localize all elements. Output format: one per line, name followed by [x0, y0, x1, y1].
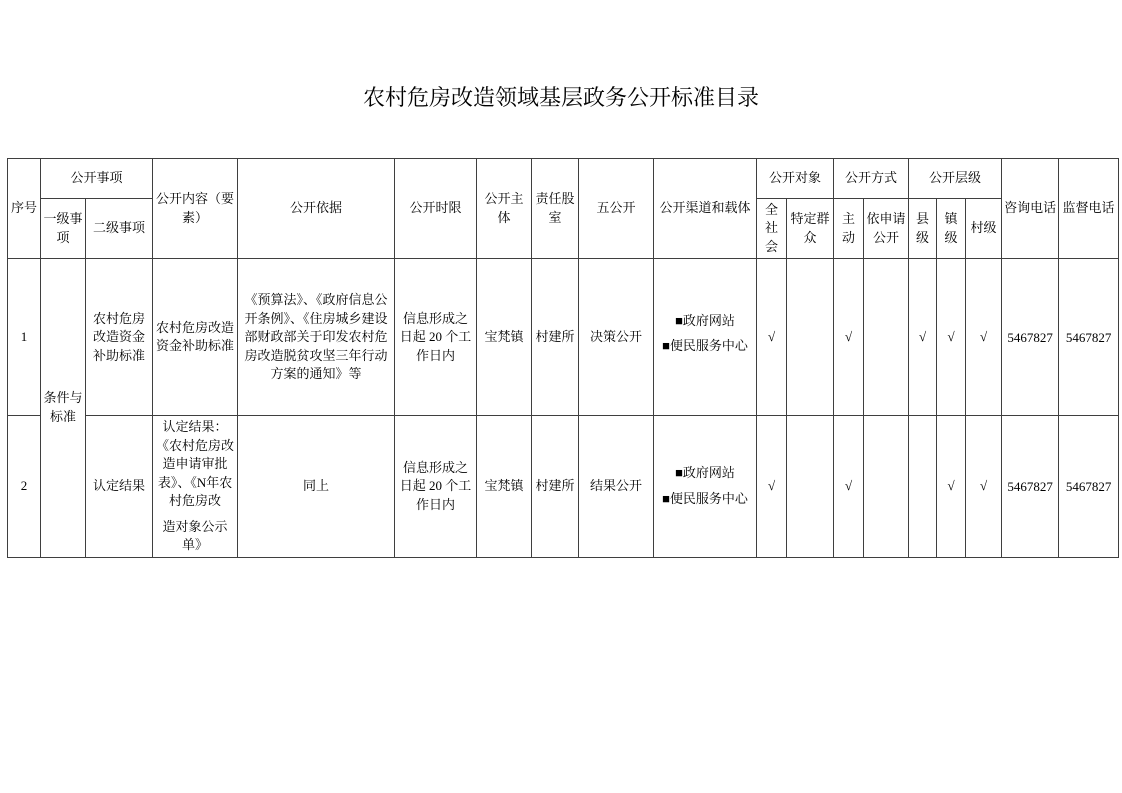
col-header-method-active: 主动 — [834, 199, 864, 259]
col-header-audience-group: 公开对象 — [757, 159, 834, 199]
r1-phone-consult: 5467827 — [1002, 259, 1059, 416]
r1-time-limit: 信息形成之日起 20 个工作日内 — [395, 259, 477, 416]
r2-check-level-town: √ — [937, 416, 966, 557]
r1-channel-item: ■便民服务中心 — [656, 337, 754, 355]
col-header-items-group: 公开事项 — [41, 159, 153, 199]
r2-phone-supervise: 5467827 — [1059, 416, 1119, 557]
disclosure-standard-table: 序号 公开事项 公开内容（要素） 公开依据 公开时限 公开主体 责任股室 五公开… — [7, 158, 1119, 558]
table-row: 2 认定结果 认定结果：《农村危房改造申请审批表》、《N年农村危房改 造对象公示… — [8, 416, 1119, 557]
r2-channel-item: ■便民服务中心 — [656, 490, 754, 508]
r2-content-para: 认定结果：《农村危房改造申请审批表》、《N年农村危房改 — [155, 418, 235, 510]
col-header-method-request: 依申请公开 — [864, 199, 909, 259]
col-header-seq: 序号 — [8, 159, 41, 259]
r1-basis: 《预算法》、《政府信息公开条例》、《住房城乡建设部财政部关于印发农村危房改造脱贫… — [238, 259, 395, 416]
col-header-content: 公开内容（要素） — [153, 159, 238, 259]
col-header-dept: 责任股室 — [532, 159, 579, 259]
r2-basis: 同上 — [238, 416, 395, 557]
r1-subject: 宝梵镇 — [477, 259, 532, 416]
col-header-phone-consult: 咨询电话 — [1002, 159, 1059, 259]
r2-channel-item: ■政府网站 — [656, 464, 754, 482]
r1-check-level-county: √ — [909, 259, 937, 416]
document-page: 农村危房改造领域基层政务公开标准目录 序号 公开事项 公开内容（要素） 公开依据… — [0, 0, 1122, 793]
col-header-basis: 公开依据 — [238, 159, 395, 259]
col-header-channels: 公开渠道和载体 — [654, 159, 757, 259]
r2-check-audience-all: √ — [757, 416, 787, 557]
r2-check-level-county — [909, 416, 937, 557]
r1-five-open: 决策公开 — [579, 259, 654, 416]
col-header-time-limit: 公开时限 — [395, 159, 477, 259]
phone-number: 5467827 — [1063, 327, 1115, 348]
r2-phone-consult: 5467827 — [1002, 416, 1059, 557]
r1-dept: 村建所 — [532, 259, 579, 416]
r1-channel-item: ■政府网站 — [656, 312, 754, 330]
phone-number: 5467827 — [1063, 476, 1115, 497]
r2-time-limit: 信息形成之日起 20 个工作日内 — [395, 416, 477, 557]
r1-phone-supervise: 5467827 — [1059, 259, 1119, 416]
r2-check-audience-specific — [787, 416, 834, 557]
col-header-level-town: 镇级 — [937, 199, 966, 259]
r2-content-para: 造对象公示单》 — [155, 518, 235, 555]
r1-item-level1: 条件与标准 — [41, 259, 86, 557]
phone-number: 5467827 — [1004, 327, 1056, 348]
col-header-phone-supervise: 监督电话 — [1059, 159, 1119, 259]
col-header-level-group: 公开层级 — [909, 159, 1002, 199]
col-header-item-level1: 一级事项 — [41, 199, 86, 259]
r2-channels: ■政府网站 ■便民服务中心 — [654, 416, 757, 557]
col-header-subject: 公开主体 — [477, 159, 532, 259]
r2-seq: 2 — [8, 416, 41, 557]
r1-check-level-town: √ — [937, 259, 966, 416]
r1-seq: 1 — [8, 259, 41, 416]
col-header-five-open: 五公开 — [579, 159, 654, 259]
r2-content: 认定结果：《农村危房改造申请审批表》、《N年农村危房改 造对象公示单》 — [153, 416, 238, 557]
r1-check-level-village: √ — [966, 259, 1002, 416]
r1-check-method-request — [864, 259, 909, 416]
col-header-method-group: 公开方式 — [834, 159, 909, 199]
page-title: 农村危房改造领域基层政务公开标准目录 — [0, 0, 1122, 112]
r2-subject: 宝梵镇 — [477, 416, 532, 557]
r1-check-method-active: √ — [834, 259, 864, 416]
table-row: 1 条件与标准 农村危房改造资金补助标准 农村危房改造资金补助标准 《预算法》、… — [8, 259, 1119, 416]
r1-content: 农村危房改造资金补助标准 — [153, 259, 238, 416]
r1-check-audience-specific — [787, 259, 834, 416]
r2-item-level2: 认定结果 — [86, 416, 153, 557]
col-header-level-village: 村级 — [966, 199, 1002, 259]
r2-check-method-request — [864, 416, 909, 557]
r2-five-open: 结果公开 — [579, 416, 654, 557]
r1-channels: ■政府网站 ■便民服务中心 — [654, 259, 757, 416]
phone-number: 5467827 — [1004, 476, 1056, 497]
r2-check-level-village: √ — [966, 416, 1002, 557]
col-header-level-county: 县级 — [909, 199, 937, 259]
r1-item-level2: 农村危房改造资金补助标准 — [86, 259, 153, 416]
col-header-audience-specific: 特定群众 — [787, 199, 834, 259]
col-header-audience-all: 全社会 — [757, 199, 787, 259]
r2-check-method-active: √ — [834, 416, 864, 557]
col-header-item-level2: 二级事项 — [86, 199, 153, 259]
r2-dept: 村建所 — [532, 416, 579, 557]
r1-check-audience-all: √ — [757, 259, 787, 416]
